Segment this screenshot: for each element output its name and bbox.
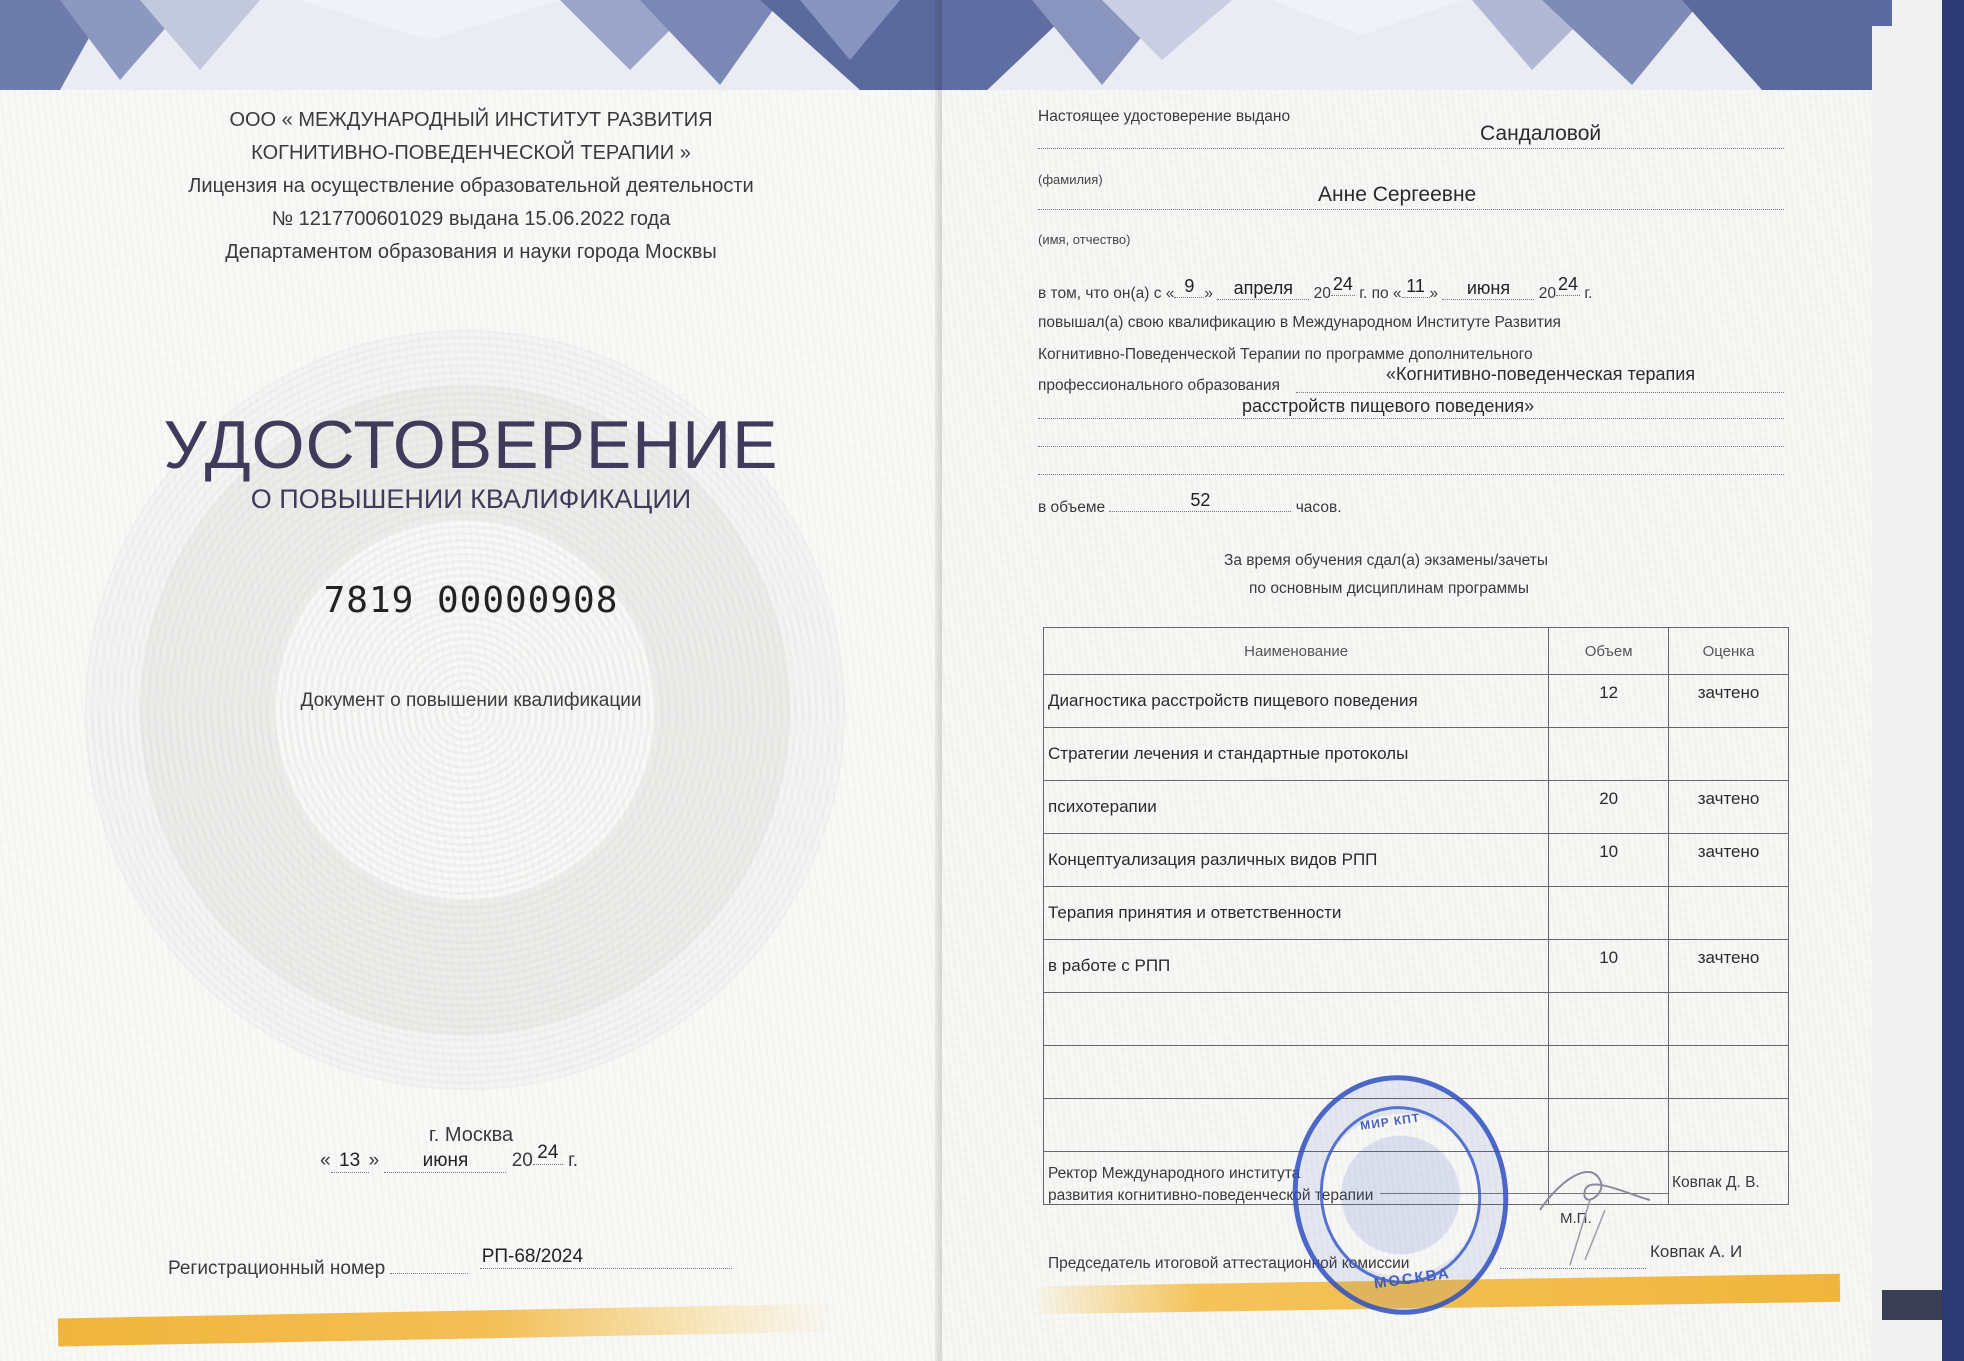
period-from-month: апреля (1217, 278, 1309, 300)
program-line-2 (1038, 418, 1784, 419)
subject-volume: 20 (1549, 781, 1669, 834)
subject-name: Диагностика расстройств пищевого поведен… (1044, 675, 1549, 728)
surname-value: Сандаловой (1480, 122, 1601, 146)
volume-row: в объеме 52 часов. (1038, 496, 1342, 518)
license-line: Лицензия на осуществление образовательно… (0, 170, 942, 203)
gold-accent-bar-left (58, 1304, 838, 1347)
registration-row: Регистрационный номер РП-68/2024 (168, 1258, 732, 1281)
subject-grade: зачтено (1669, 781, 1789, 834)
subject-grade (1669, 993, 1789, 1046)
license-issuer-line: Департаментом образования и науки города… (0, 236, 942, 269)
volume-unit: часов. (1296, 499, 1342, 516)
table-row: Диагностика расстройств пищевого поведен… (1044, 675, 1789, 728)
subject-volume (1549, 728, 1669, 781)
issue-day: 13 (331, 1150, 369, 1173)
program-name-line-2: расстройств пищевого поведения» (1242, 396, 1534, 417)
table-row: Терапия принятия и ответственности (1044, 887, 1789, 940)
table-row: психотерапии20зачтено (1044, 781, 1789, 834)
subject-grade: зачтено (1669, 834, 1789, 887)
period-prefix: в том, что он(а) с « (1038, 285, 1174, 302)
subject-volume (1549, 887, 1669, 940)
subject-name: Стратегии лечения и стандартные протокол… (1044, 728, 1549, 781)
table-row (1044, 993, 1789, 1046)
header-volume: Объем (1549, 628, 1669, 675)
issue-city: г. Москва (0, 1124, 942, 1147)
subject-grade: зачтено (1669, 940, 1789, 993)
subject-name (1044, 1046, 1549, 1099)
cover-strip (1882, 1290, 1942, 1320)
document-subtitle: О ПОВЫШЕНИИ КВАЛИФИКАЦИИ (0, 482, 942, 516)
issue-year: 24 (533, 1142, 563, 1165)
issued-to-label: Настоящее удостоверение выдано (1038, 108, 1290, 126)
exams-heading-line-2: по основным дисциплинам программы (1249, 580, 1529, 598)
registration-label: Регистрационный номер (168, 1258, 385, 1279)
cover-corner (1872, 0, 1892, 26)
program-name-line-1: «Когнитивно-поведенческая терапия (1386, 364, 1695, 385)
handwritten-signature (1530, 1140, 1660, 1270)
registration-number: РП-68/2024 (480, 1246, 732, 1269)
subject-volume: 12 (1549, 675, 1669, 728)
header-name: Наименование (1044, 628, 1549, 675)
year-suffix: г. (568, 1150, 578, 1171)
surname-caption: (фамилия) (1038, 172, 1103, 187)
body-line-2: Когнитивно-Поведенческой Терапии по прог… (1038, 346, 1533, 364)
volume-label: в объеме (1038, 499, 1105, 516)
period-to-year: 24 (1556, 274, 1580, 296)
exams-heading-line-1: За время обучения сдал(а) экзамены/зачет… (1224, 552, 1548, 570)
subject-volume (1549, 1046, 1669, 1099)
period-middle: г. по « (1359, 285, 1401, 302)
subject-volume: 10 (1549, 834, 1669, 887)
volume-hours: 52 (1109, 490, 1291, 512)
subject-grade: зачтено (1669, 675, 1789, 728)
table-row: Концептуализация различных видов РПП10за… (1044, 834, 1789, 887)
org-name-line-2: КОГНИТИВНО-ПОВЕДЕНЧЕСКОЙ ТЕРАПИИ » (0, 137, 942, 170)
header-grade: Оценка (1669, 628, 1789, 675)
subject-name (1044, 993, 1549, 1046)
subject-name: Терапия принятия и ответственности (1044, 887, 1549, 940)
subject-grade (1669, 1046, 1789, 1099)
period-suffix: г. (1584, 285, 1592, 302)
period-to-month: июня (1442, 278, 1534, 300)
decorative-banner-right (942, 0, 1872, 90)
subject-volume: 10 (1549, 940, 1669, 993)
given-names-value: Анне Сергеевне (1318, 183, 1476, 207)
program-label: профессионального образования (1038, 377, 1280, 395)
rector-name: Ковпак Д. В. (1672, 1174, 1760, 1192)
quote-close: » (369, 1150, 380, 1171)
serial-number: 7819 00000908 (0, 580, 942, 621)
period-to-century: 20 (1539, 285, 1556, 302)
org-header: ООО « МЕЖДУНАРОДНЫЙ ИНСТИТУТ РАЗВИТИЯ КО… (0, 104, 942, 269)
decorative-banner-left (0, 0, 942, 90)
period-from-century: 20 (1314, 285, 1331, 302)
subject-volume (1549, 993, 1669, 1046)
blank-line-2 (1038, 474, 1784, 475)
subject-name: психотерапии (1044, 781, 1549, 834)
chair-name: Ковпак А. И (1650, 1242, 1742, 1262)
license-number-line: № 1217700601029 выдана 15.06.2022 года (0, 203, 942, 236)
issue-date: «13» июня 2024 г. (320, 1150, 578, 1173)
quote-open: « (320, 1150, 331, 1171)
subject-grade (1669, 1099, 1789, 1152)
subject-grade (1669, 728, 1789, 781)
document-title: УДОСТОВЕРЕНИЕ (0, 408, 942, 482)
body-line-1: повышал(а) свою квалификацию в Междунаро… (1038, 314, 1561, 332)
period-from-year: 24 (1331, 274, 1355, 296)
booklet-cover-edge (1872, 0, 1964, 1361)
subject-grade (1669, 887, 1789, 940)
program-line-1 (1296, 392, 1784, 393)
subject-name: в работе с РПП (1044, 940, 1549, 993)
issue-month: июня (384, 1150, 506, 1173)
registration-filler (390, 1273, 468, 1274)
table-header-row: Наименование Объем Оценка (1044, 628, 1789, 675)
period-from-day: 9 (1174, 276, 1204, 298)
surname-line (1038, 148, 1784, 149)
org-name-line-1: ООО « МЕЖДУНАРОДНЫЙ ИНСТИТУТ РАЗВИТИЯ (0, 104, 942, 137)
study-period: в том, что он(а) с «9» апреля 2024 г. по… (1038, 282, 1592, 304)
table-row: в работе с РПП10зачтено (1044, 940, 1789, 993)
document-type: Документ о повышении квалификации (0, 690, 942, 712)
issue-century: 20 (512, 1150, 533, 1171)
table-row: Стратегии лечения и стандартные протокол… (1044, 728, 1789, 781)
given-names-line (1038, 209, 1784, 210)
certificate-left-page: ООО « МЕЖДУНАРОДНЫЙ ИНСТИТУТ РАЗВИТИЯ КО… (0, 0, 942, 1361)
subject-name: Концептуализация различных видов РПП (1044, 834, 1549, 887)
blank-line-1 (1038, 446, 1784, 447)
given-names-caption: (имя, отчество) (1038, 232, 1130, 247)
period-to-day: 11 (1402, 276, 1430, 298)
